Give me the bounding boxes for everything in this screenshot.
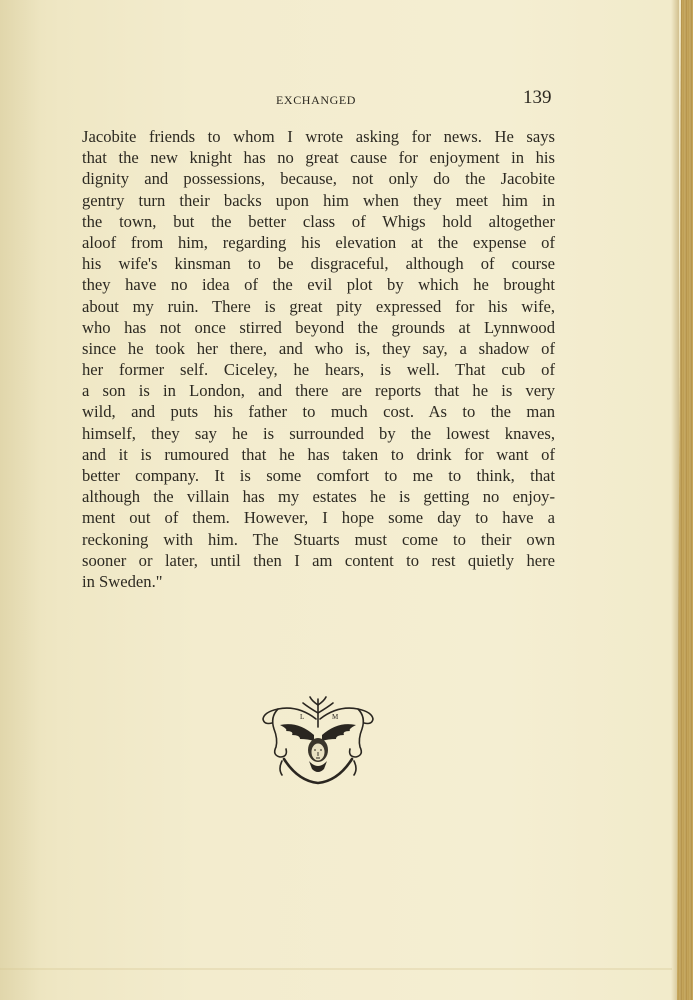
text-line: about my ruin. There is great pity expre…	[82, 296, 555, 317]
svg-text:M: M	[332, 713, 339, 721]
page-bottom-crease	[0, 968, 672, 970]
text-line: himself, they say he is surrounded by th…	[82, 423, 555, 444]
text-line: sooner or later, until then I am content…	[82, 550, 555, 571]
text-line: her former self. Ciceley, he hears, is w…	[82, 359, 555, 380]
book-page: EXCHANGED 139 Jacobite friends to whom I…	[0, 0, 693, 1000]
page-gutter-shadow	[0, 0, 40, 1000]
text-line: the town, but the better class of Whigs …	[82, 211, 555, 232]
text-line: a son is in London, and there are report…	[82, 380, 555, 401]
text-line: they have no idea of the evil plot by wh…	[82, 274, 555, 295]
running-head-title: EXCHANGED	[276, 93, 356, 108]
text-line: his wife's kinsman to be disgraceful, al…	[82, 253, 555, 274]
text-line: Jacobite friends to whom I wrote asking …	[82, 126, 555, 147]
text-line: since he took her there, and who is, the…	[82, 338, 555, 359]
text-line: reckoning with him. The Stuarts must com…	[82, 529, 555, 550]
text-line: that the new knight has no great cause f…	[82, 147, 555, 168]
svg-text:L: L	[300, 713, 304, 721]
text-line: and it is rumoured that he has taken to …	[82, 444, 555, 465]
winged-head-tailpiece-ornament-icon: L M	[258, 695, 378, 790]
body-text: Jacobite friends to whom I wrote asking …	[82, 126, 555, 592]
text-line: gentry turn their backs upon him when th…	[82, 190, 555, 211]
text-line: who has not once stirred beyond the grou…	[82, 317, 555, 338]
text-line: aloof from him, regarding his elevation …	[82, 232, 555, 253]
text-line: in Sweden."	[82, 571, 555, 592]
text-line: better company. It is some comfort to me…	[82, 465, 555, 486]
text-line: dignity and possessions, because, not on…	[82, 168, 555, 189]
text-line: although the villain has my estates he i…	[82, 486, 555, 507]
text-line: ment out of them. However, I hope some d…	[82, 507, 555, 528]
page-number: 139	[523, 87, 552, 109]
text-line: wild, and puts his father to much cost. …	[82, 401, 555, 422]
page-stack-edge	[677, 0, 693, 1000]
